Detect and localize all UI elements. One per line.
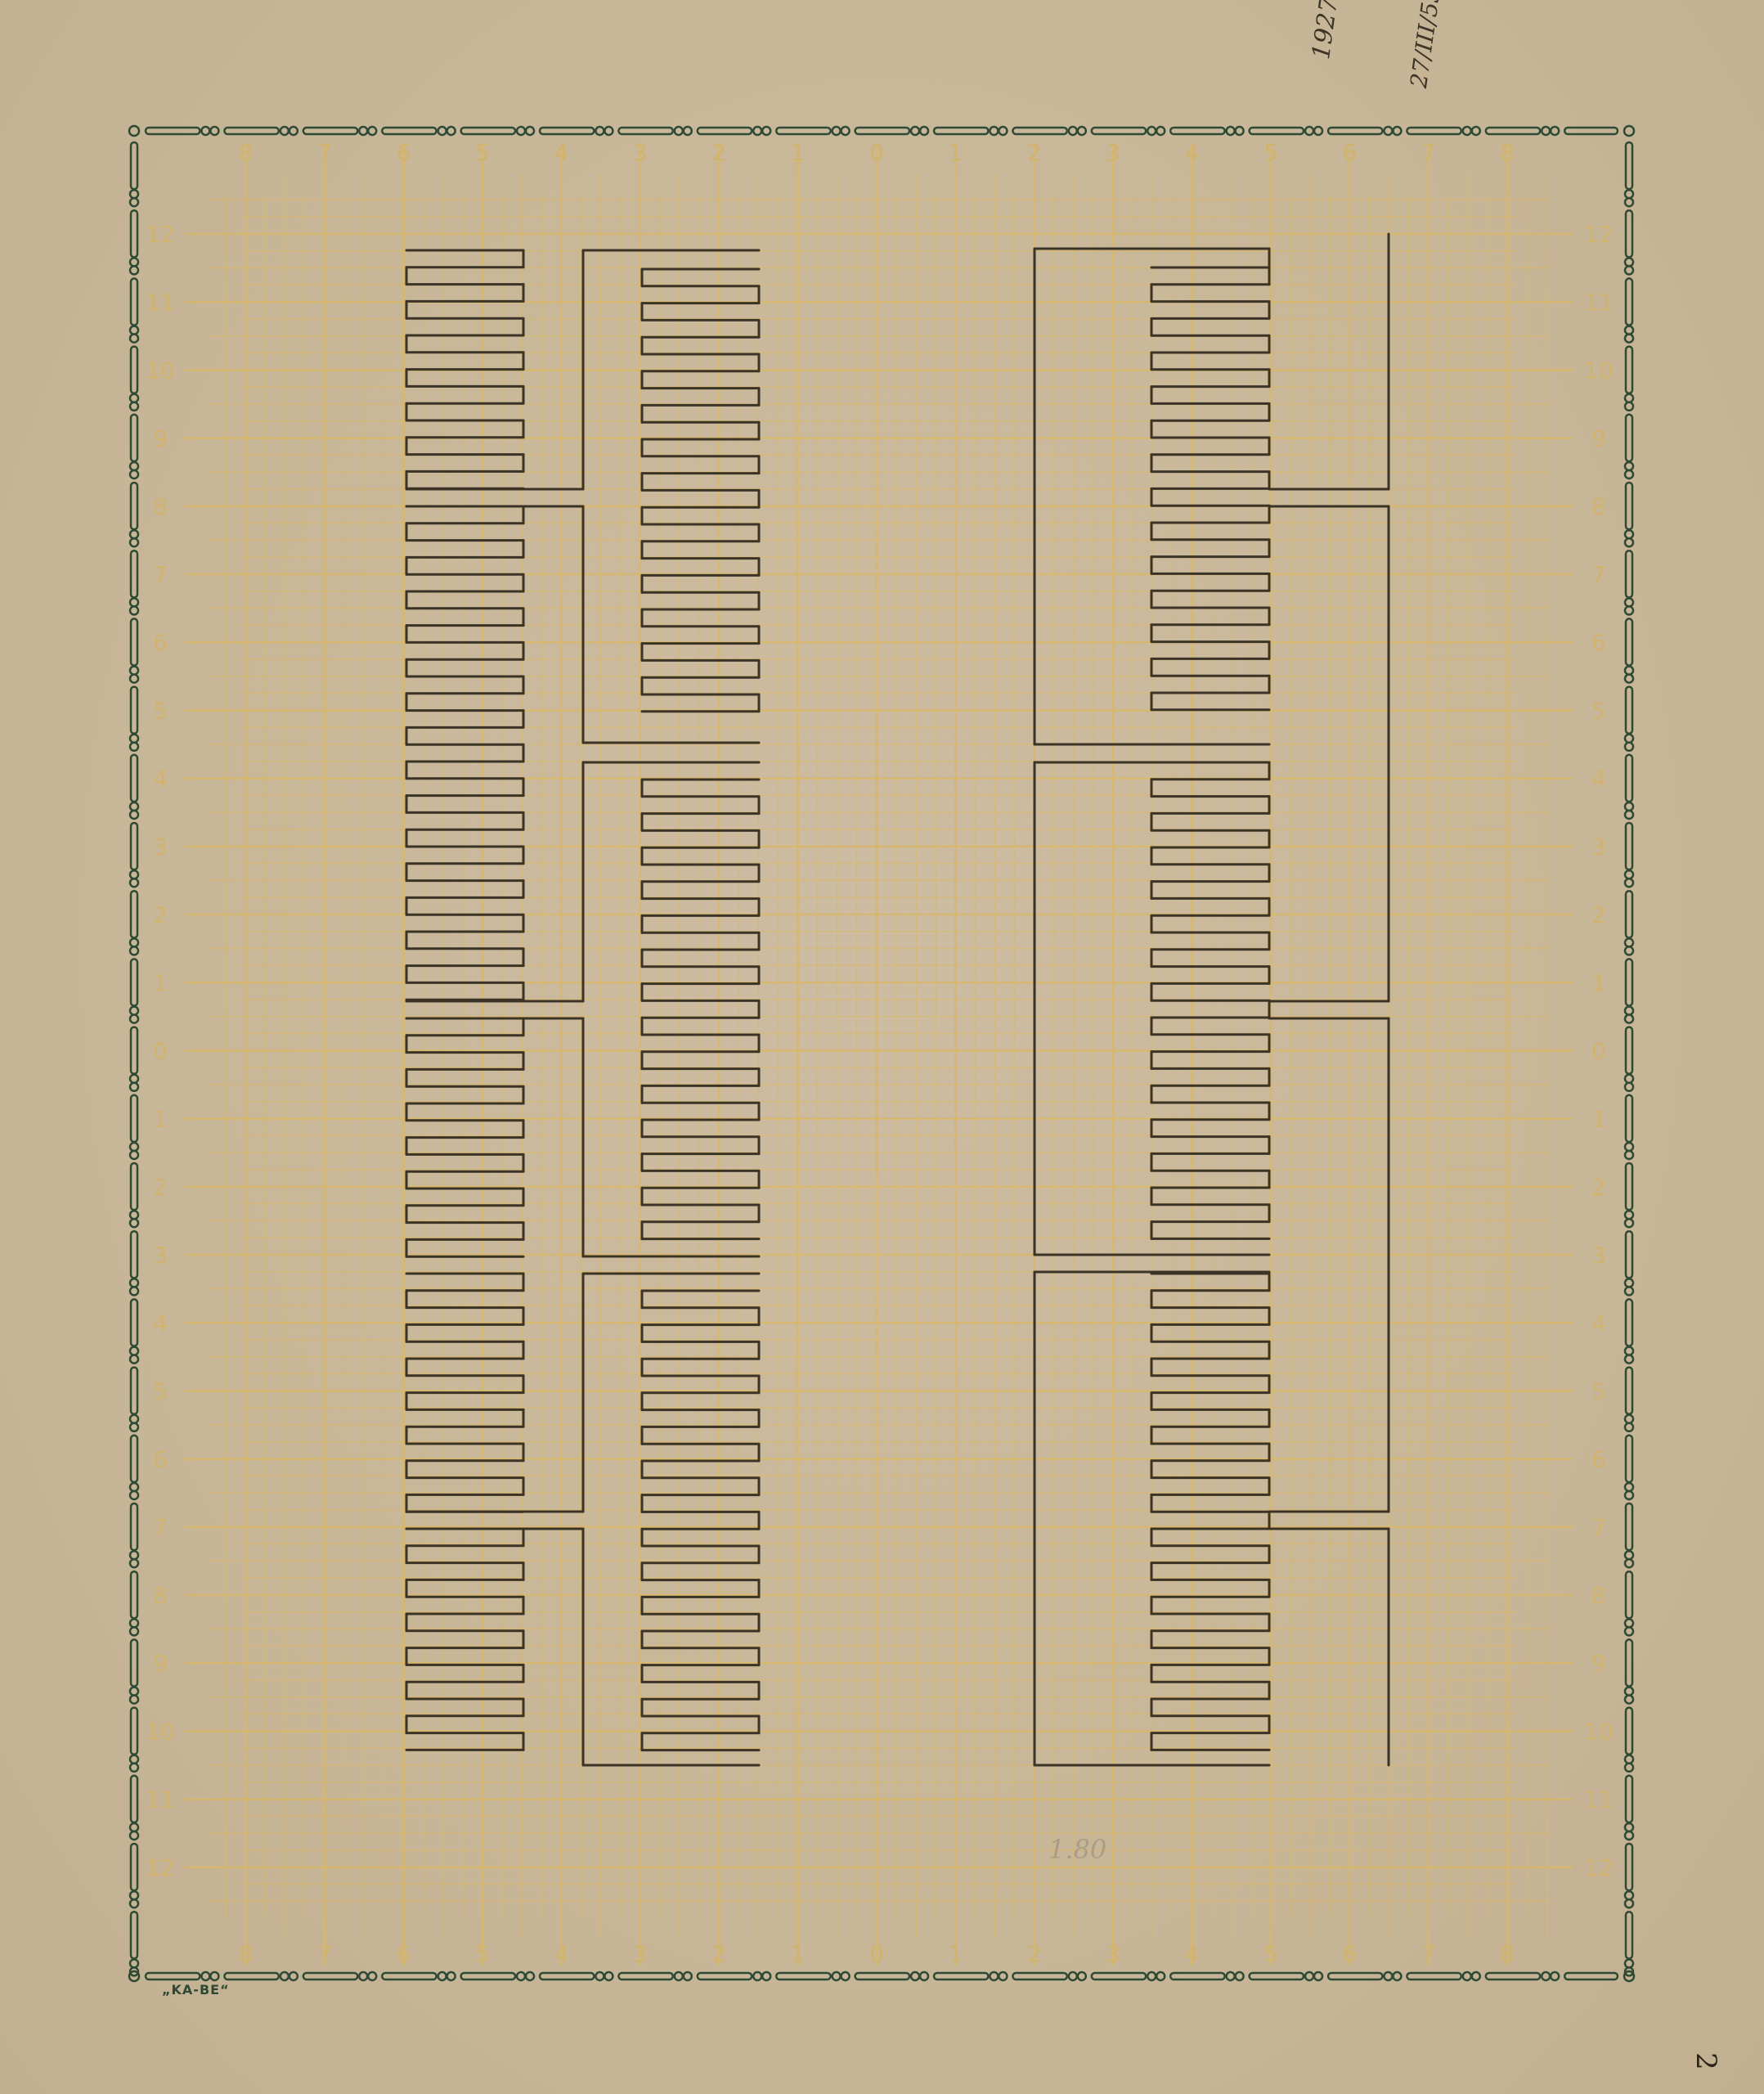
svg-text:8: 8 bbox=[239, 1940, 254, 1967]
svg-text:8: 8 bbox=[153, 493, 168, 520]
svg-text:2: 2 bbox=[1591, 901, 1606, 928]
svg-text:4: 4 bbox=[554, 139, 568, 166]
svg-text:3: 3 bbox=[1591, 834, 1606, 861]
svg-text:1: 1 bbox=[791, 139, 806, 166]
svg-text:6: 6 bbox=[1342, 1940, 1357, 1967]
svg-text:6: 6 bbox=[397, 139, 411, 166]
svg-text:5: 5 bbox=[153, 697, 168, 724]
svg-text:10: 10 bbox=[1584, 357, 1614, 384]
svg-text:6: 6 bbox=[397, 1940, 411, 1967]
svg-text:9: 9 bbox=[1591, 425, 1606, 452]
svg-text:2: 2 bbox=[711, 1940, 726, 1967]
svg-text:10: 10 bbox=[1584, 1718, 1614, 1745]
svg-text:3: 3 bbox=[1591, 1242, 1606, 1269]
svg-text:4: 4 bbox=[1185, 139, 1200, 166]
svg-text:4: 4 bbox=[153, 766, 168, 793]
svg-text:0: 0 bbox=[1591, 1037, 1606, 1064]
svg-text:11: 11 bbox=[146, 289, 175, 316]
svg-text:3: 3 bbox=[1106, 139, 1120, 166]
svg-text:8: 8 bbox=[1500, 1940, 1515, 1967]
svg-text:6: 6 bbox=[1342, 139, 1357, 166]
svg-text:1: 1 bbox=[948, 139, 963, 166]
page-number: 2 bbox=[1690, 2052, 1722, 2070]
svg-text:8: 8 bbox=[153, 1582, 168, 1609]
svg-text:7: 7 bbox=[153, 1514, 168, 1541]
svg-text:8: 8 bbox=[239, 139, 254, 166]
svg-text:7: 7 bbox=[1421, 1940, 1436, 1967]
svg-text:5: 5 bbox=[1264, 1940, 1278, 1967]
svg-text:0: 0 bbox=[869, 139, 884, 166]
pencil-note: 1.80 bbox=[1048, 1834, 1106, 1865]
svg-text:12: 12 bbox=[146, 221, 175, 248]
svg-text:7: 7 bbox=[317, 139, 332, 166]
svg-text:5: 5 bbox=[1591, 1377, 1606, 1404]
svg-text:4: 4 bbox=[554, 1940, 568, 1967]
svg-text:5: 5 bbox=[1591, 697, 1606, 724]
svg-text:1: 1 bbox=[1591, 969, 1606, 996]
axis-labels: 8877665544332211001122334455667788121211… bbox=[0, 0, 1764, 2094]
svg-text:2: 2 bbox=[711, 139, 726, 166]
svg-text:6: 6 bbox=[1591, 629, 1606, 656]
svg-text:12: 12 bbox=[1584, 221, 1614, 248]
svg-text:8: 8 bbox=[1591, 493, 1606, 520]
svg-text:7: 7 bbox=[317, 1940, 332, 1967]
svg-text:4: 4 bbox=[1591, 766, 1606, 793]
svg-text:2: 2 bbox=[1027, 1940, 1042, 1967]
svg-text:6: 6 bbox=[153, 629, 168, 656]
svg-text:1: 1 bbox=[791, 1940, 806, 1967]
svg-text:8: 8 bbox=[1500, 139, 1515, 166]
svg-text:4: 4 bbox=[153, 1310, 168, 1337]
svg-text:11: 11 bbox=[146, 1786, 175, 1813]
svg-text:3: 3 bbox=[633, 139, 648, 166]
svg-text:4: 4 bbox=[1591, 1310, 1606, 1337]
svg-text:11: 11 bbox=[1584, 289, 1614, 316]
svg-text:8: 8 bbox=[1591, 1582, 1606, 1609]
svg-text:1: 1 bbox=[153, 969, 168, 996]
svg-text:6: 6 bbox=[153, 1446, 168, 1473]
svg-text:9: 9 bbox=[153, 1650, 168, 1677]
svg-text:1: 1 bbox=[153, 1106, 168, 1133]
svg-text:3: 3 bbox=[153, 1242, 168, 1269]
svg-text:5: 5 bbox=[475, 1940, 490, 1967]
graph-paper-sheet: 8877665544332211001122334455667788121211… bbox=[0, 0, 1764, 2094]
svg-text:2: 2 bbox=[153, 1174, 168, 1201]
svg-text:11: 11 bbox=[1584, 1786, 1614, 1813]
svg-text:4: 4 bbox=[1185, 1940, 1200, 1967]
svg-text:7: 7 bbox=[1591, 561, 1606, 588]
svg-text:2: 2 bbox=[1027, 139, 1042, 166]
svg-text:12: 12 bbox=[146, 1854, 175, 1881]
svg-text:12: 12 bbox=[1584, 1854, 1614, 1881]
svg-text:3: 3 bbox=[1106, 1940, 1120, 1967]
svg-text:2: 2 bbox=[153, 901, 168, 928]
svg-text:3: 3 bbox=[153, 834, 168, 861]
svg-text:3: 3 bbox=[633, 1940, 648, 1967]
svg-text:1: 1 bbox=[948, 1940, 963, 1967]
svg-text:10: 10 bbox=[146, 357, 175, 384]
svg-text:10: 10 bbox=[146, 1718, 175, 1745]
svg-text:5: 5 bbox=[475, 139, 490, 166]
svg-text:5: 5 bbox=[1264, 139, 1278, 166]
svg-text:9: 9 bbox=[1591, 1650, 1606, 1677]
svg-text:0: 0 bbox=[153, 1037, 168, 1064]
svg-text:1: 1 bbox=[1591, 1106, 1606, 1133]
svg-text:7: 7 bbox=[1421, 139, 1436, 166]
svg-text:7: 7 bbox=[1591, 1514, 1606, 1541]
svg-text:2: 2 bbox=[1591, 1174, 1606, 1201]
svg-text:7: 7 bbox=[153, 561, 168, 588]
svg-text:0: 0 bbox=[869, 1940, 884, 1967]
brand-label: „KA-BE“ bbox=[162, 1982, 230, 1997]
svg-text:9: 9 bbox=[153, 425, 168, 452]
svg-text:6: 6 bbox=[1591, 1446, 1606, 1473]
svg-text:5: 5 bbox=[153, 1377, 168, 1404]
